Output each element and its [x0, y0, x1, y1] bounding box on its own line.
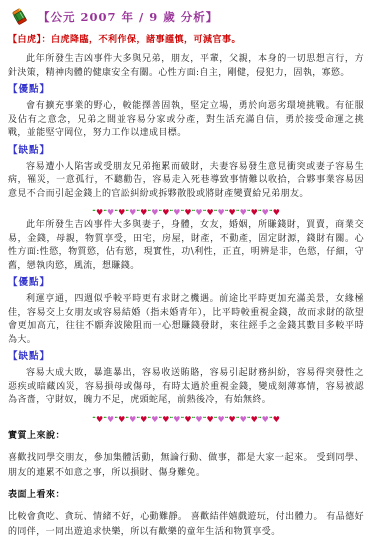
document-header: 【公元 2007 年 / 9 歲 分析】 — [10, 7, 364, 27]
firecracker-icon — [10, 7, 30, 27]
hearts-divider: ··♥··♥··♥··♥··♥··♥··♥··♥··♥··♥··♥··♥··♥·… — [8, 205, 364, 215]
year-overview-wealth-paragraph: 此年所發生吉凶事件大多與妻子，身體，女友，婚姻，所賺錢財，買賣，商業交易，金錢，… — [8, 219, 364, 273]
surface-summary-paragraph: 比較會貪吃、貪玩、情緒不好，心動難靜。 喜歡結伴嬉戲遊玩，付出體力。 有品德好的… — [8, 510, 364, 540]
page-title: 【公元 2007 年 / 9 歲 分析】 — [38, 8, 218, 26]
cons-heading-1: 【缺點】 — [8, 145, 364, 157]
pros-heading-2: 【優點】 — [8, 277, 364, 289]
pros-paragraph-1: 會有擴充事業的野心，較能擇善固執，堅定立場，勇於向惡劣環境挑戰。有征服及佔有之意… — [8, 100, 364, 141]
cons-paragraph-1: 容易遭小人陷害或受朋友兄弟拖累而破財，夫妻容易發生意見衝突或妻子容易生病，罹災，… — [8, 161, 364, 202]
hearts-divider: ··♥··♥··♥··♥··♥··♥··♥··♥··♥··♥··♥··♥··♥·… — [8, 412, 364, 422]
cons-heading-2: 【缺點】 — [8, 351, 364, 363]
analysis-document: 【公元 2007 年 / 9 歲 分析】 【白虎】：白虎降臨，不利作保，諸事謹慎… — [0, 0, 372, 550]
pros-heading-1: 【優點】 — [8, 84, 364, 96]
baihu-note: 【白虎】：白虎降臨，不利作保，諸事謹慎，可減官事。 — [8, 34, 364, 47]
year-overview-brothers-paragraph: 此年所發生吉凶事件大多與兄弟，朋友，平輩，父親，本身的一切思想言行，方針決策，精… — [8, 53, 364, 80]
pros-paragraph-2: 利運亨通，四週似乎較平時更有求財之機遇。前途比平時更加充滿美景，女緣極佳，容易交… — [8, 293, 364, 347]
cons-paragraph-2: 容易大成大敗，暴進暴出，容易收送賄賂，容易引起財務糾紛，容易得突發性之惡疾或暗藏… — [8, 367, 364, 408]
surface-summary-label: 表面上看來： — [8, 489, 364, 502]
practical-summary-label: 實質上來說： — [8, 430, 364, 443]
practical-summary-paragraph: 喜歡找同學交朋友，參加集體活動，無論行動、做事，都是大家一起來。 受到同學、朋友… — [8, 451, 364, 481]
